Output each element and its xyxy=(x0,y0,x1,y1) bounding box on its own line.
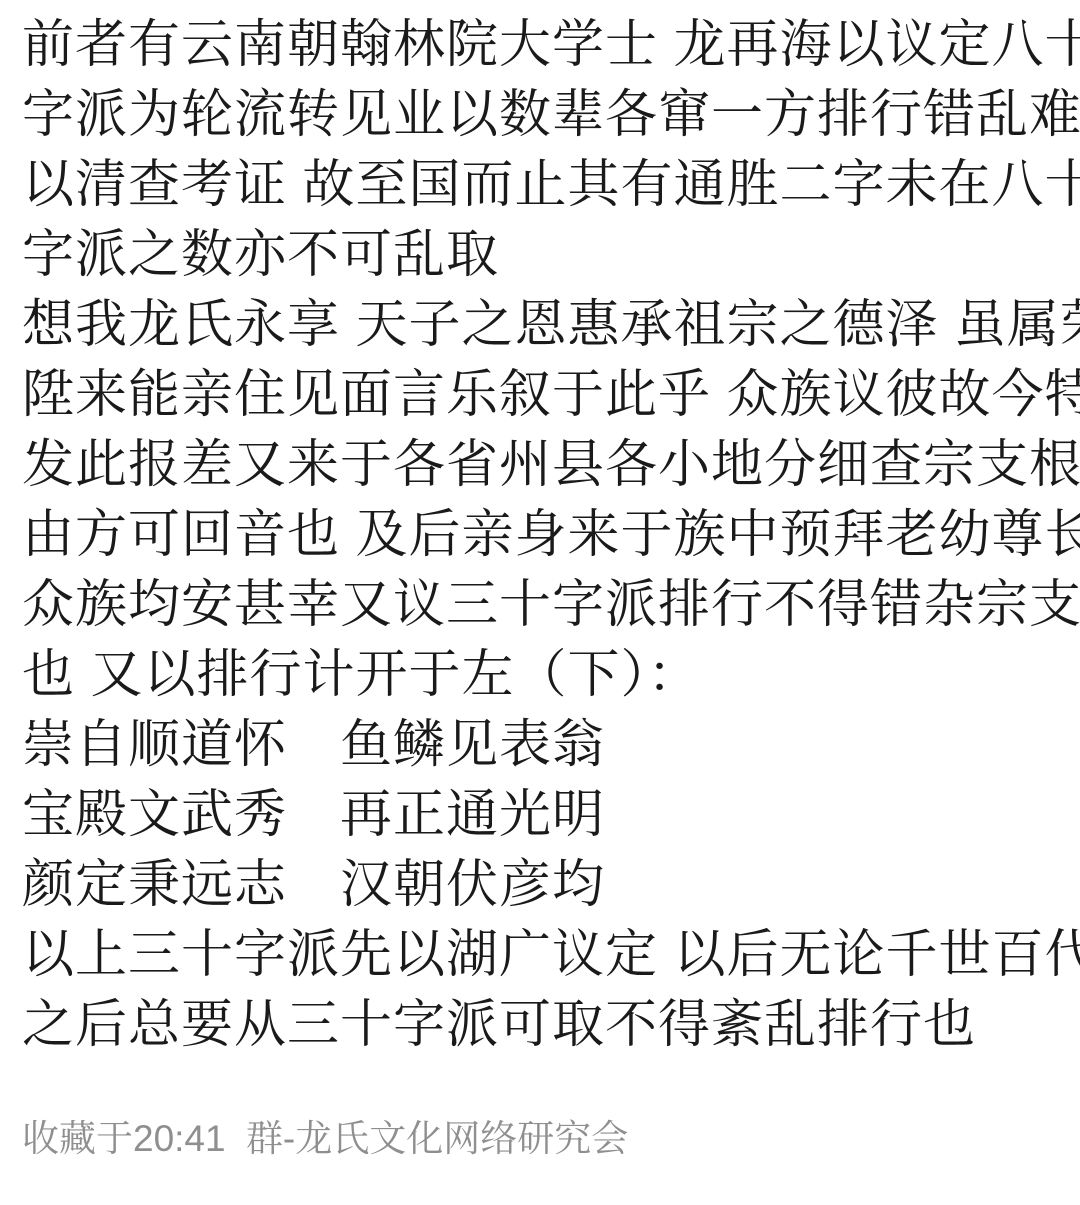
text-line: 陞来能亲住见面言乐叙于此乎 众族议彼故今特 xyxy=(22,360,1062,430)
source-group-name: 群-龙氏文化网络研究会 xyxy=(246,1118,628,1159)
text-line: 之后总要从三十字派可取不得紊乱排行也 xyxy=(22,990,1062,1060)
text-line: 众族均安甚幸又议三十字派排行不得错杂宗支 xyxy=(22,570,1062,640)
text-line: 字派之数亦不可乱取 xyxy=(22,220,1062,290)
text-line: 以清查考证 故至国而止其有通胜二字未在八十 xyxy=(22,150,1062,220)
favorite-meta-footer: 收藏于20:41群-龙氏文化网络研究会 xyxy=(22,1116,1062,1162)
favorite-time: 收藏于20:41 xyxy=(22,1118,226,1159)
generation-poem-line: 崇自顺道怀 鱼鳞见表翁 xyxy=(22,710,1062,780)
message-text-block: 前者有云南朝翰林院大学士 龙再海以议定八十 字派为轮流转见业以数辈各窜一方排行错… xyxy=(22,10,1062,1060)
text-line: 字派为轮流转见业以数辈各窜一方排行错乱难 xyxy=(22,80,1062,150)
text-line: 发此报差又来于各省州县各小地分细查宗支根 xyxy=(22,430,1062,500)
saved-message-page: 前者有云南朝翰林院大学士 龙再海以议定八十 字派为轮流转见业以数辈各窜一方排行错… xyxy=(0,0,1080,1205)
text-line: 想我龙氏永享 天子之恩惠承祖宗之德泽 虽属荣 xyxy=(22,290,1062,360)
text-line: 以上三十字派先以湖广议定 以后无论千世百代 xyxy=(22,920,1062,990)
text-line: 也 又以排行计开于左（下）： xyxy=(22,640,1062,710)
text-line: 前者有云南朝翰林院大学士 龙再海以议定八十 xyxy=(22,10,1062,80)
generation-poem-line: 宝殿文武秀 再正通光明 xyxy=(22,780,1062,850)
generation-poem-line: 颜定秉远志 汉朝伏彦均 xyxy=(22,850,1062,920)
text-line: 由方可回音也 及后亲身来于族中预拜老幼尊长 xyxy=(22,500,1062,570)
